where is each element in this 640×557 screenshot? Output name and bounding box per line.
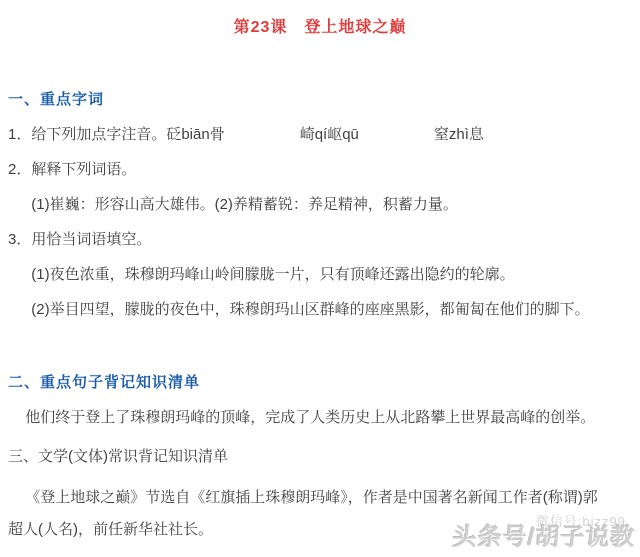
fill-blank-sentence-2: (2)举目四望，朦胧的夜色中，珠穆朗玛山区群峰的座座黑影，都匍匐在他们的脚下。	[8, 300, 632, 319]
document-page: 第23课 登上地球之巅 一、重点字词 1．给下列加点字注音。砭biān骨 崎qí…	[0, 0, 640, 557]
exercise-line-definitions: (1)崔巍：形容山高大雄伟。(2)养精蓄锐：养足精神，积蓄力量。	[8, 195, 632, 214]
lesson-title: 第23课 登上地球之巅	[0, 0, 640, 37]
section-heading-key-sentences: 二、重点句子背记知识清单	[8, 373, 640, 392]
section-heading-key-words: 一、重点字词	[8, 90, 640, 109]
exercise-line-fill-blanks: 3．用恰当词语填空。	[8, 230, 632, 249]
fill-blank-sentence-1: (1)夜色浓重，珠穆朗玛峰山岭间朦胧一片，只有顶峰还露出隐约的轮廓。	[8, 265, 632, 284]
key-sentence-paragraph: 他们终于登上了珠穆朗玛峰的顶峰，完成了人类历史上从北路攀上世界最高峰的创举。	[8, 408, 632, 427]
exercise-line-explain-words: 2．解释下列词语。	[8, 160, 632, 179]
exercise-line-pinyin: 1．给下列加点字注音。砭biān骨 崎qí岖qū 窒zhì息	[8, 125, 632, 144]
section-heading-literary-knowledge: 三、文学(文体)常识背记知识清单	[8, 447, 640, 466]
toutiao-account-watermark: 头条号/胡子说教	[452, 517, 637, 552]
